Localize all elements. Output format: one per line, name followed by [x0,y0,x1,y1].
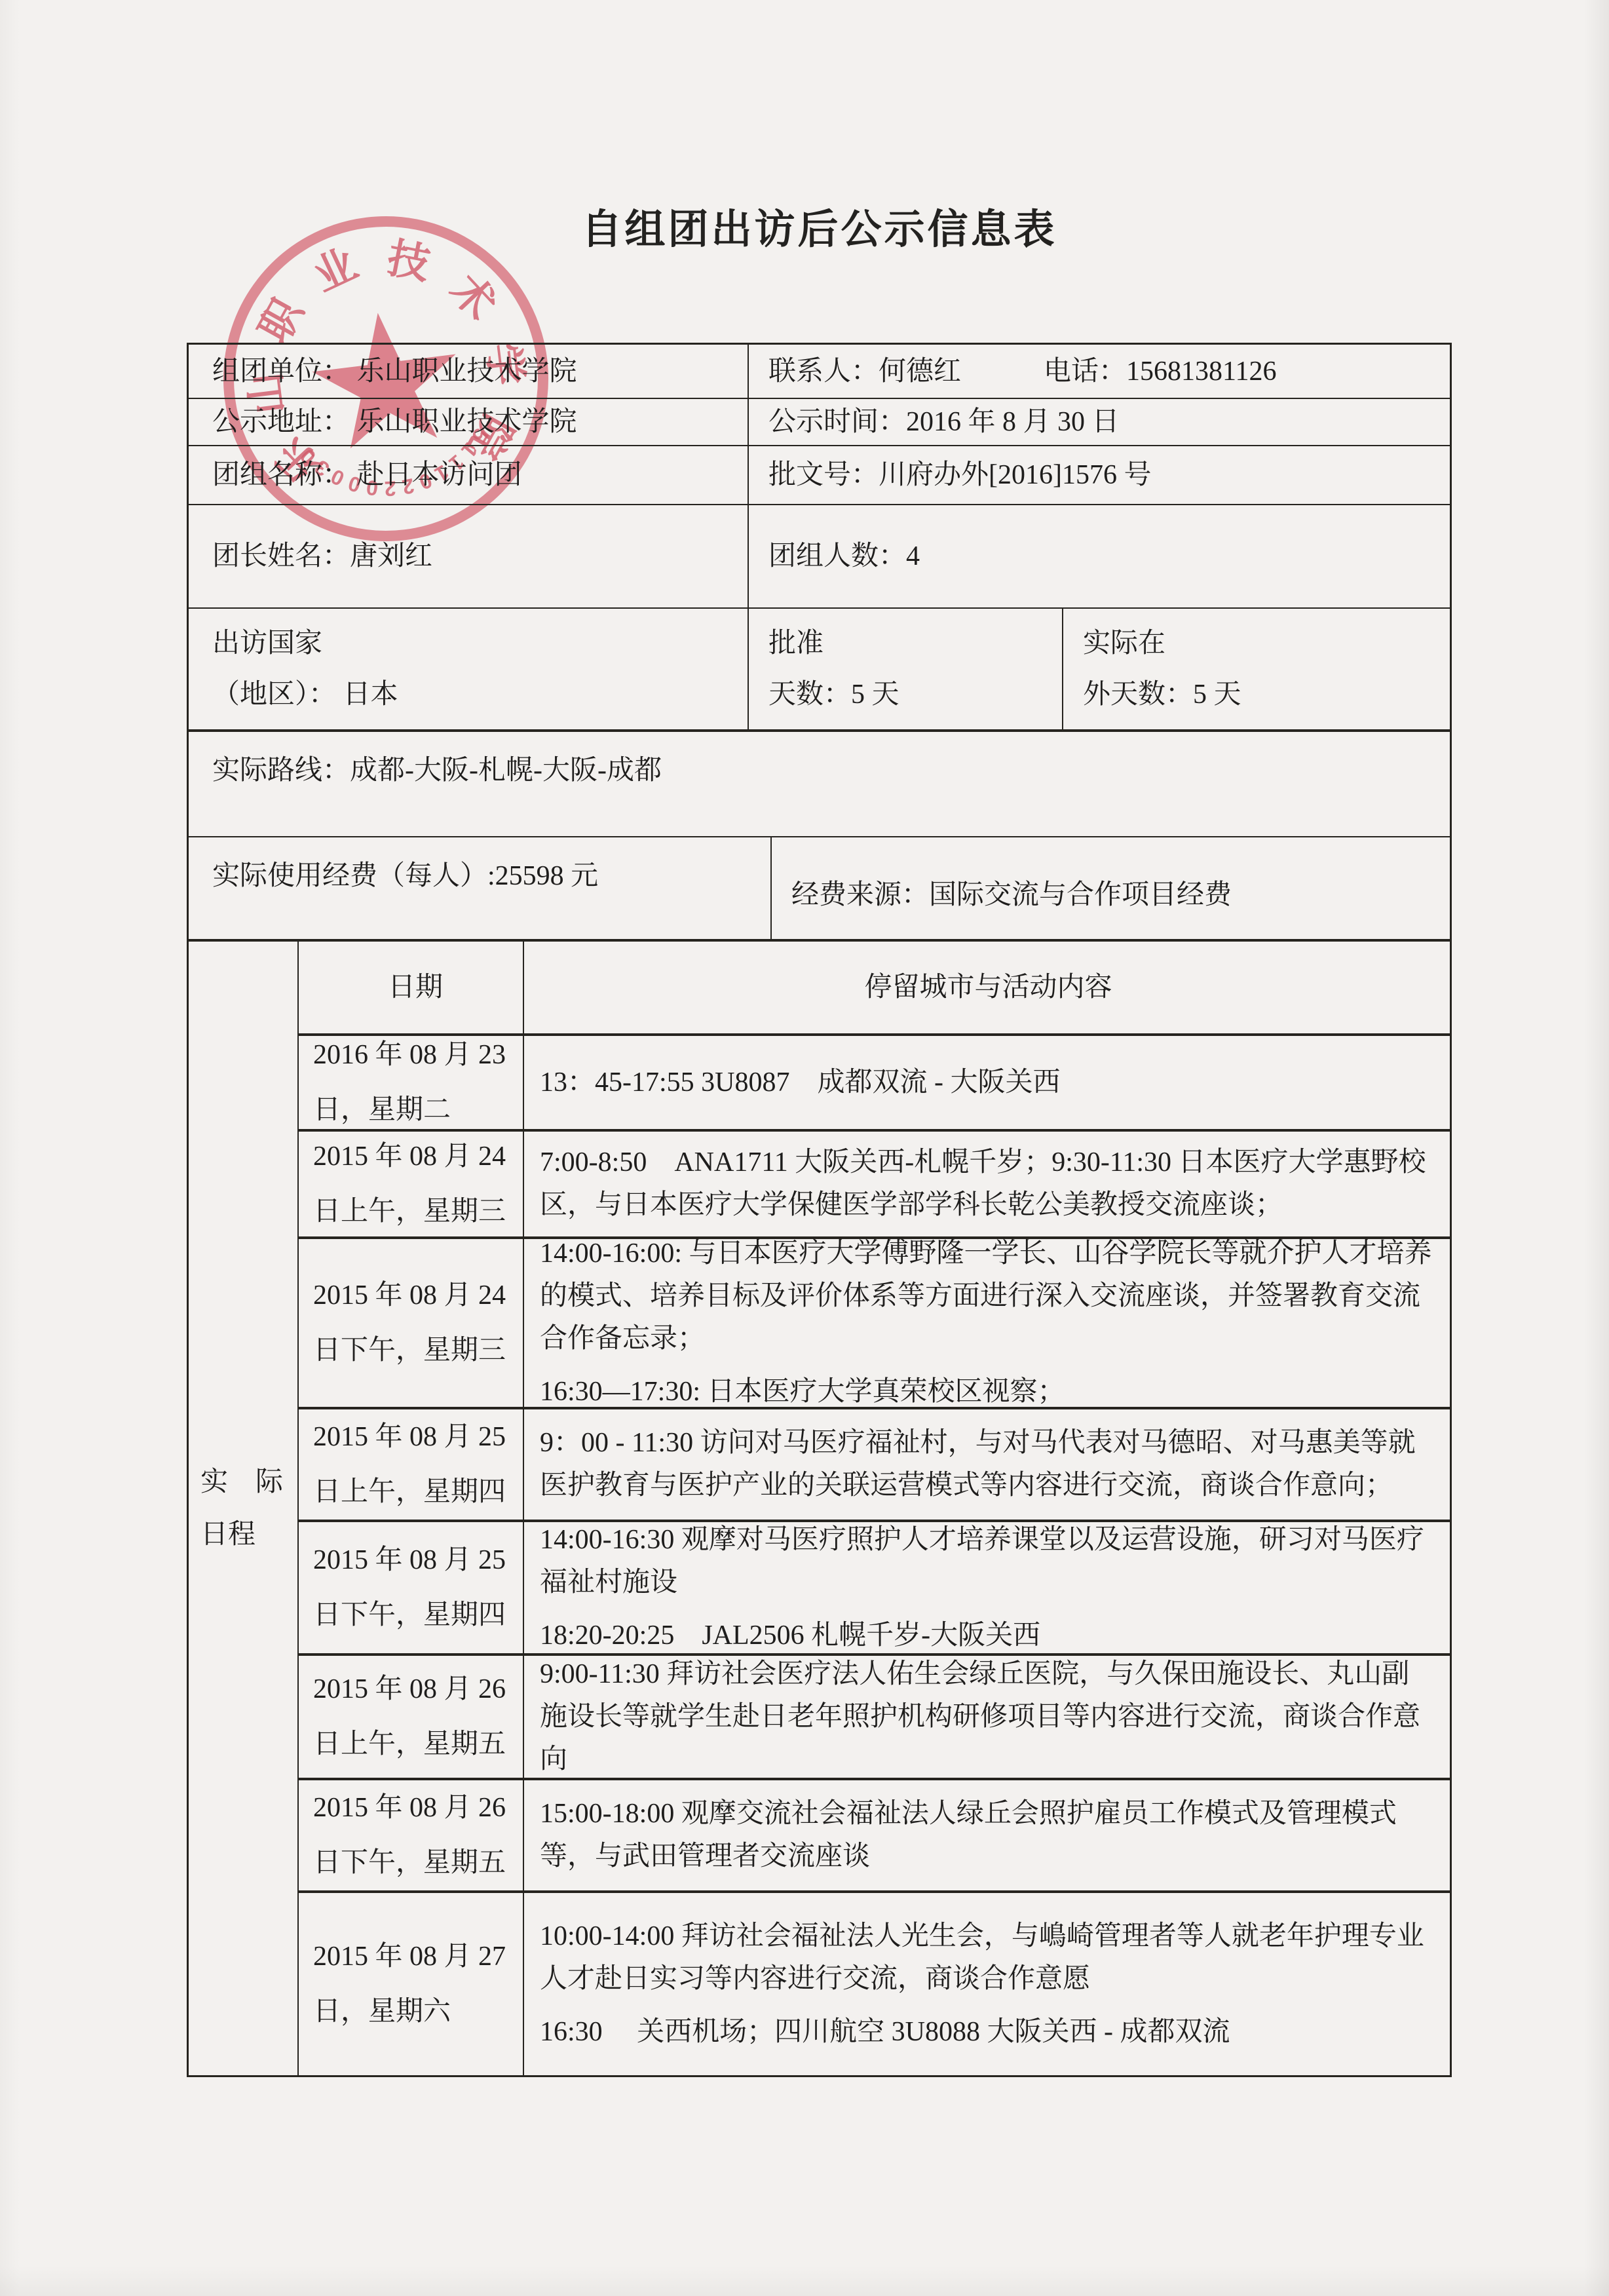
cell-group-size: 团组人数：4 [748,505,1450,607]
itinerary-header-row: 日期 停留城市与活动内容 [299,942,1450,1036]
cell-expense-per-person: 实际使用经费（每人）:25598 元 [189,837,770,939]
section-label-line2: 日程 [200,1508,297,1561]
activity-cell: 13：45-17:55 3U8087 成都双流 - 大阪关西 [523,1036,1450,1129]
itinerary-row: 2015 年 08 月 25 日上午，星期四 9：00 - 11:30 访问对马… [299,1409,1450,1522]
row-notice-address: 公示地址： 乐山职业技术学院 公示时间：2016 年 8 月 30 日 [189,399,1450,446]
activity-cell: 9:00-11:30 拜访社会医疗法人佑生会绿丘医院，与久保田施设长、丸山副施设… [523,1656,1450,1778]
itinerary-rows: 日期 停留城市与活动内容 2016 年 08 月 23 日，星期二 13：45-… [299,942,1450,2075]
date-line1: 2015 年 08 月 27 [313,1929,518,1984]
itinerary-row: 2015 年 08 月 26 日下午，星期五 15:00-18:00 观摩交流社… [299,1780,1450,1893]
activity-p1: 15:00-18:00 观摩交流社会福祉法人绿丘会照护雇员工作模式及管理模式等，… [540,1793,1437,1878]
date-line1: 2015 年 08 月 26 [313,1780,518,1835]
cell-destination-country: 出访国家 （地区）： 日本 [189,609,748,729]
activity-cell: 9：00 - 11:30 访问对马医疗福祉村，与对马代表对马德昭、对马惠美等就医… [523,1409,1450,1520]
activity-cell: 7:00-8:50 ANA1711 大阪关西-札幌千岁；9:30-11:30 日… [523,1132,1450,1236]
actual-days-label: 实际在 [1083,618,1437,669]
cell-contact: 联系人：何德红 电话：15681381126 [748,345,1450,398]
header-content: 停留城市与活动内容 [523,942,1450,1033]
activity-cell: 15:00-18:00 观摩交流社会福祉法人绿丘会照护雇员工作模式及管理模式等，… [523,1780,1450,1890]
destination-value: （地区）： 日本 [212,669,734,720]
row-group-unit: 组团单位： 乐山职业技术学院 联系人：何德红 电话：15681381126 [189,345,1450,399]
date-line2: 日上午，星期三 [313,1184,518,1239]
cell-funding-source: 经费来源：国际交流与合作项目经费 [770,837,1450,939]
cell-notice-address: 公示地址： 乐山职业技术学院 [189,399,748,445]
activity-cell: 10:00-14:00 拜访社会福祉法人光生会，与嶋崎管理者等人就老年护理专业人… [523,1893,1450,2075]
cell-approved-days: 批准 天数：5 天 [748,609,1062,729]
itinerary-row: 2016 年 08 月 23 日，星期二 13：45-17:55 3U8087 … [299,1036,1450,1132]
activity-p1: 10:00-14:00 拜访社会福祉法人光生会，与嶋崎管理者等人就老年护理专业人… [540,1915,1437,2000]
date-line2: 日，星期六 [313,1984,518,2039]
activity-p1: 14:00-16:30 观摩对马医疗照护人才培养课堂以及运营设施，研习对马医疗福… [540,1519,1437,1604]
itinerary-row: 2015 年 08 月 27 日，星期六 10:00-14:00 拜访社会福祉法… [299,1893,1450,2075]
date-line2: 日下午，星期三 [313,1323,518,1378]
scanned-form-page: { "title": "自组团出访后公示信息表", "stamp": { "or… [0,0,1609,2296]
public-notice-table: 组团单位： 乐山职业技术学院 联系人：何德红 电话：15681381126 公示… [187,343,1452,2077]
activity-p1: 13：45-17:55 3U8087 成都双流 - 大阪关西 [540,1062,1437,1104]
date-cell: 2016 年 08 月 23 日，星期二 [299,1036,523,1129]
cell-leader-name: 团长姓名：唐刘红 [189,505,748,607]
itinerary-row: 2015 年 08 月 25 日下午，星期四 14:00-16:30 观摩对马医… [299,1522,1450,1656]
date-cell: 2015 年 08 月 24 日下午，星期三 [299,1239,523,1407]
date-line1: 2015 年 08 月 26 [313,1662,518,1717]
date-line2: 日下午，星期五 [313,1835,518,1890]
date-line1: 2015 年 08 月 24 [313,1268,518,1323]
approved-days-label: 批准 [768,618,1049,669]
date-line2: 日上午，星期四 [313,1464,518,1520]
date-line1: 2016 年 08 月 23 [313,1027,518,1082]
row-destination: 出访国家 （地区）： 日本 批准 天数：5 天 实际在 外天数：5 天 [189,609,1450,732]
activity-p1: 14:00-16:00: 与日本医疗大学傅野隆一学长、山谷学院长等就介护人才培养… [540,1233,1437,1360]
activity-p2: 16:30 关西机场；四川航空 3U8088 大阪关西 - 成都双流 [540,2011,1437,2054]
activity-cell: 14:00-16:30 观摩对马医疗照护人才培养课堂以及运营设施，研习对马医疗福… [523,1522,1450,1653]
row-leader: 团长姓名：唐刘红 团组人数：4 [189,505,1450,609]
date-cell: 2015 年 08 月 27 日，星期六 [299,1893,523,2075]
row-group-name: 团组名称： 赴日本访问团 批文号：川府办外[2016]1576 号 [189,446,1450,505]
destination-label: 出访国家 [212,618,734,669]
page-title: 自组团出访后公示信息表 [187,197,1452,255]
date-cell: 2015 年 08 月 25 日下午，星期四 [299,1522,523,1653]
activity-p2: 18:20-20:25 JAL2506 札幌千岁-大阪关西 [540,1615,1437,1657]
itinerary-row: 2015 年 08 月 24 日上午，星期三 7:00-8:50 ANA1711… [299,1132,1450,1239]
cell-actual-days: 实际在 外天数：5 天 [1062,609,1450,729]
header-date: 日期 [299,942,523,1033]
cell-group-name: 团组名称： 赴日本访问团 [189,446,748,504]
date-line1: 2015 年 08 月 25 [313,1409,518,1464]
date-cell: 2015 年 08 月 26 日下午，星期五 [299,1780,523,1890]
cell-group-unit: 组团单位： 乐山职业技术学院 [189,345,748,398]
cell-actual-route: 实际路线：成都-大阪-札幌-大阪-成都 [189,732,1450,836]
date-line1: 2015 年 08 月 25 [313,1533,518,1588]
activity-p1: 7:00-8:50 ANA1711 大阪关西-札幌千岁；9:30-11:30 日… [540,1141,1437,1227]
row-actual-route: 实际路线：成都-大阪-札幌-大阪-成都 [189,732,1450,837]
date-cell: 2015 年 08 月 24 日上午，星期三 [299,1132,523,1236]
date-line2: 日下午，星期四 [313,1588,518,1643]
date-cell: 2015 年 08 月 26 日上午，星期五 [299,1656,523,1778]
itinerary-row: 2015 年 08 月 24 日下午，星期三 14:00-16:00: 与日本医… [299,1239,1450,1409]
itinerary-row: 2015 年 08 月 26 日上午，星期五 9:00-11:30 拜访社会医疗… [299,1656,1450,1780]
date-cell: 2015 年 08 月 25 日上午，星期四 [299,1409,523,1520]
seal-org-char: 职 [247,288,309,350]
actual-days-value: 外天数：5 天 [1083,669,1437,720]
approved-days-value: 天数：5 天 [768,669,1049,720]
seal-org-char: 术 [444,262,508,327]
section-label-line1: 实 际 [200,1456,297,1508]
activity-p1: 9:00-11:30 拜访社会医疗法人佑生会绿丘医院，与久保田施设长、丸山副施设… [540,1653,1437,1781]
itinerary-section: 实 际 日程 日期 停留城市与活动内容 2016 年 08 月 23 日，星期二… [189,942,1450,2075]
cell-notice-time: 公示时间：2016 年 8 月 30 日 [748,399,1450,445]
row-funds: 实际使用经费（每人）:25598 元 经费来源：国际交流与合作项目经费 [189,837,1450,942]
activity-p1: 9：00 - 11:30 访问对马医疗福祉村，与对马代表对马德昭、对马惠美等就医… [540,1422,1437,1507]
activity-cell: 14:00-16:00: 与日本医疗大学傅野隆一学长、山谷学院长等就介护人才培养… [523,1239,1450,1407]
activity-p2: 16:30—17:30: 日本医疗大学真荣校区视察； [540,1371,1437,1413]
date-line1: 2015 年 08 月 24 [313,1129,518,1184]
itinerary-section-label: 实 际 日程 [189,942,299,2075]
cell-approval-number: 批文号：川府办外[2016]1576 号 [748,446,1450,504]
date-line2: 日上午，星期五 [313,1717,518,1772]
